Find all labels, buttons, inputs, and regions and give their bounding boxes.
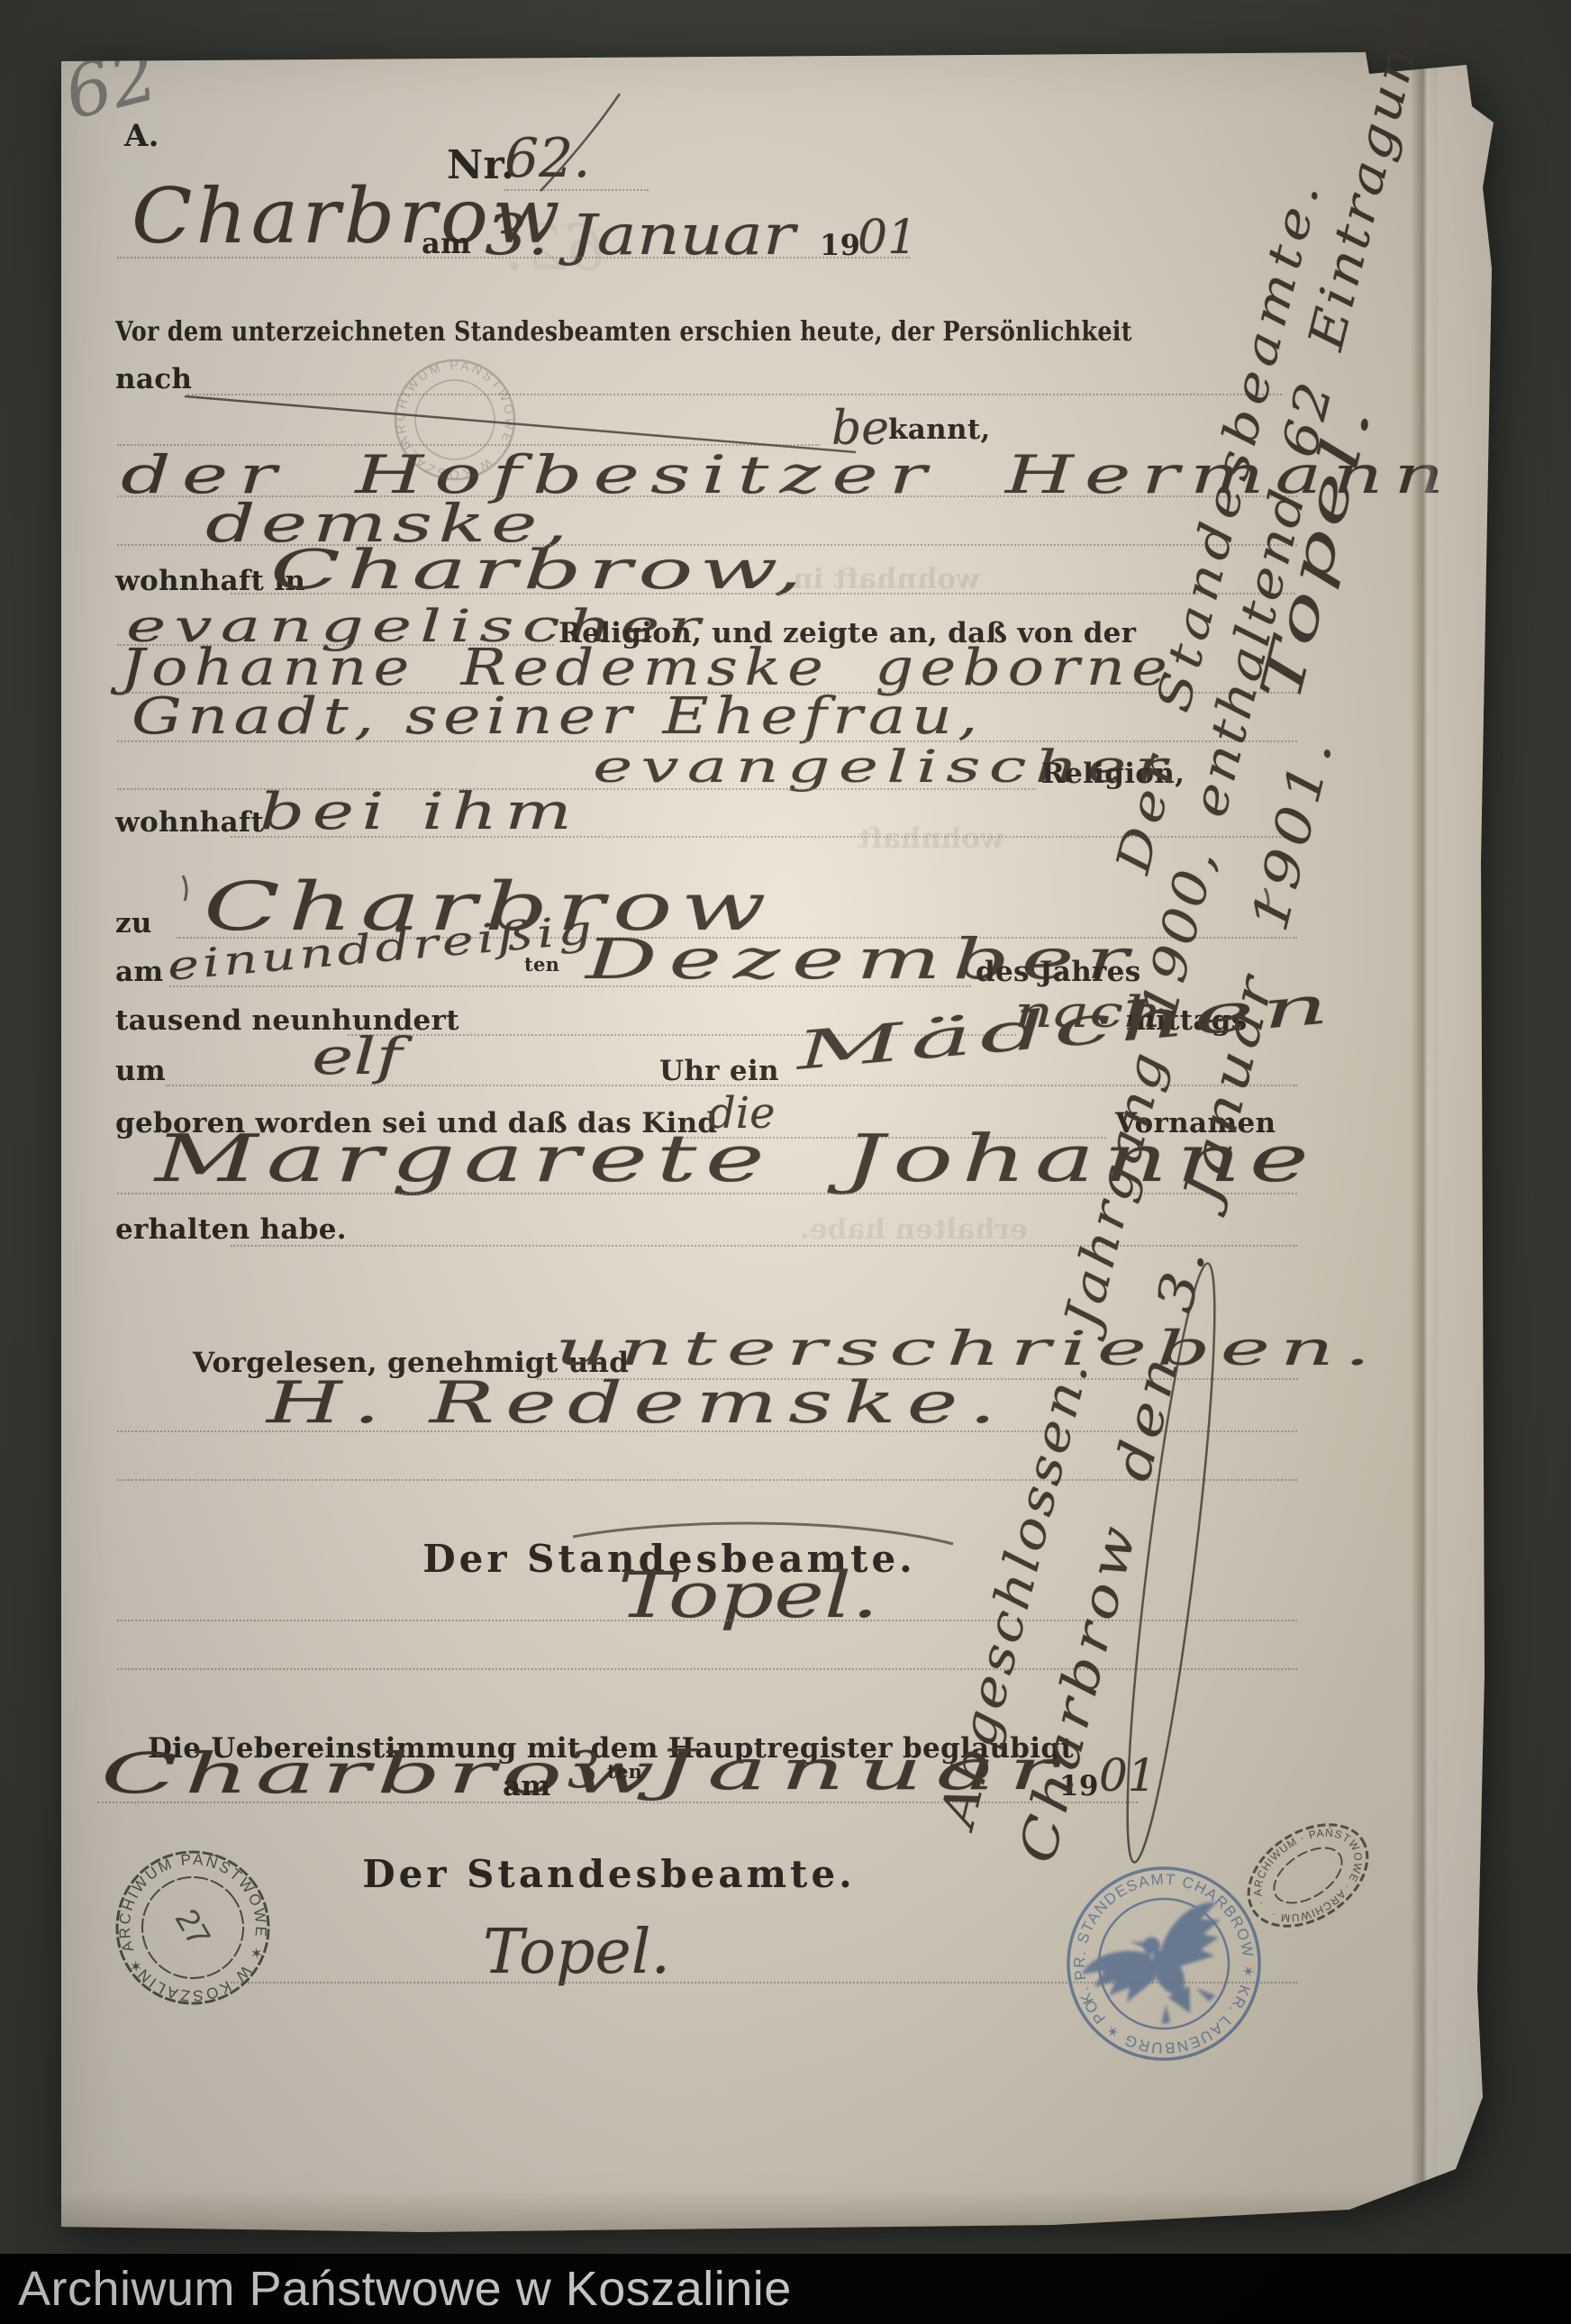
- ruled-dotted-line: [231, 1982, 1297, 1984]
- printed-kannt: kannt,: [888, 416, 991, 444]
- printed-year-19: 19: [820, 231, 860, 259]
- handwritten-unterschrieben: unterschrieben.: [555, 1326, 1380, 1373]
- printed-ten: ten: [524, 955, 559, 974]
- ghost-bleedthrough-text: wohnhaft in: [793, 566, 980, 594]
- caption-text: Archiwum Państwowe w Koszalinie: [18, 2265, 792, 2313]
- pencil-archival-number: 62: [58, 39, 164, 131]
- mother-line1: Johanne Redemske geborne: [121, 643, 1174, 694]
- archive-scan-viewer: 62 A. Nr. 62. Charbrow am 3. Januar 19 0…: [0, 0, 1571, 2324]
- printed-uhr-ein: Uhr ein: [659, 1058, 779, 1085]
- cert-month-handwritten: Januar: [654, 1742, 1069, 1798]
- year-suffix-handwritten: 01: [858, 214, 917, 261]
- printed-erhalten-habe: erhalten habe.: [115, 1216, 347, 1244]
- printed-cert-ten: ten: [607, 1762, 642, 1781]
- page-fold-crease: [1411, 52, 1438, 2234]
- ghost-bleedthrough-text: wohnhaft: [858, 825, 1004, 853]
- registrar-signature-1: Topel.: [618, 1564, 878, 1627]
- residence-handwritten: Charbrow,: [270, 543, 809, 597]
- printed-zu: zu: [115, 910, 152, 938]
- ruled-dotted-line: [231, 1245, 1297, 1247]
- registrar-title-2: Der Standesbeamte.: [348, 1856, 870, 1893]
- printed-am2: am: [115, 958, 164, 986]
- birth-hour-handwritten: elf: [312, 1032, 402, 1083]
- printed-nach: nach: [115, 366, 192, 394]
- ruled-dotted-line: [231, 593, 1295, 595]
- ruled-dotted-line: [117, 1668, 1297, 1670]
- ruled-dotted-line: [187, 394, 1282, 395]
- printed-am: am: [422, 229, 471, 258]
- ruled-dotted-line: [169, 985, 971, 987]
- caption-bar: Archiwum Państwowe w Koszalinie: [0, 2254, 1571, 2324]
- registrar-signature-2: Topel.: [483, 1922, 670, 1984]
- page-edge-strip: [1438, 52, 1494, 2234]
- page-bottom-shadow: [61, 2191, 1494, 2234]
- father-signature: H. Redemske.: [267, 1375, 1007, 1432]
- cert-day-handwritten: 3: [568, 1746, 600, 1796]
- ghost-bleedthrough-text: erhalten habe.: [800, 1216, 1028, 1244]
- ghost-bleedthrough-text: 62.: [504, 216, 604, 279]
- printed-um: um: [115, 1058, 166, 1085]
- printed-des-jahres: des Jahres: [976, 958, 1140, 986]
- mother-line2: Gnadt, seiner Ehefrau,: [132, 692, 984, 742]
- printed-tausend-neunhundert: tausend neunhundert: [115, 1007, 459, 1035]
- printed-intro-line: Vor dem unterzeichneten Standesbeamten e…: [115, 319, 1132, 346]
- printed-cert-am: am: [503, 1773, 551, 1801]
- cert-01-handwritten: 01: [1099, 1753, 1157, 1798]
- residence2-handwritten: bei ihm: [259, 787, 579, 838]
- printed-wohnhaft: wohnhaft: [115, 809, 264, 837]
- section-label: A.: [124, 121, 159, 151]
